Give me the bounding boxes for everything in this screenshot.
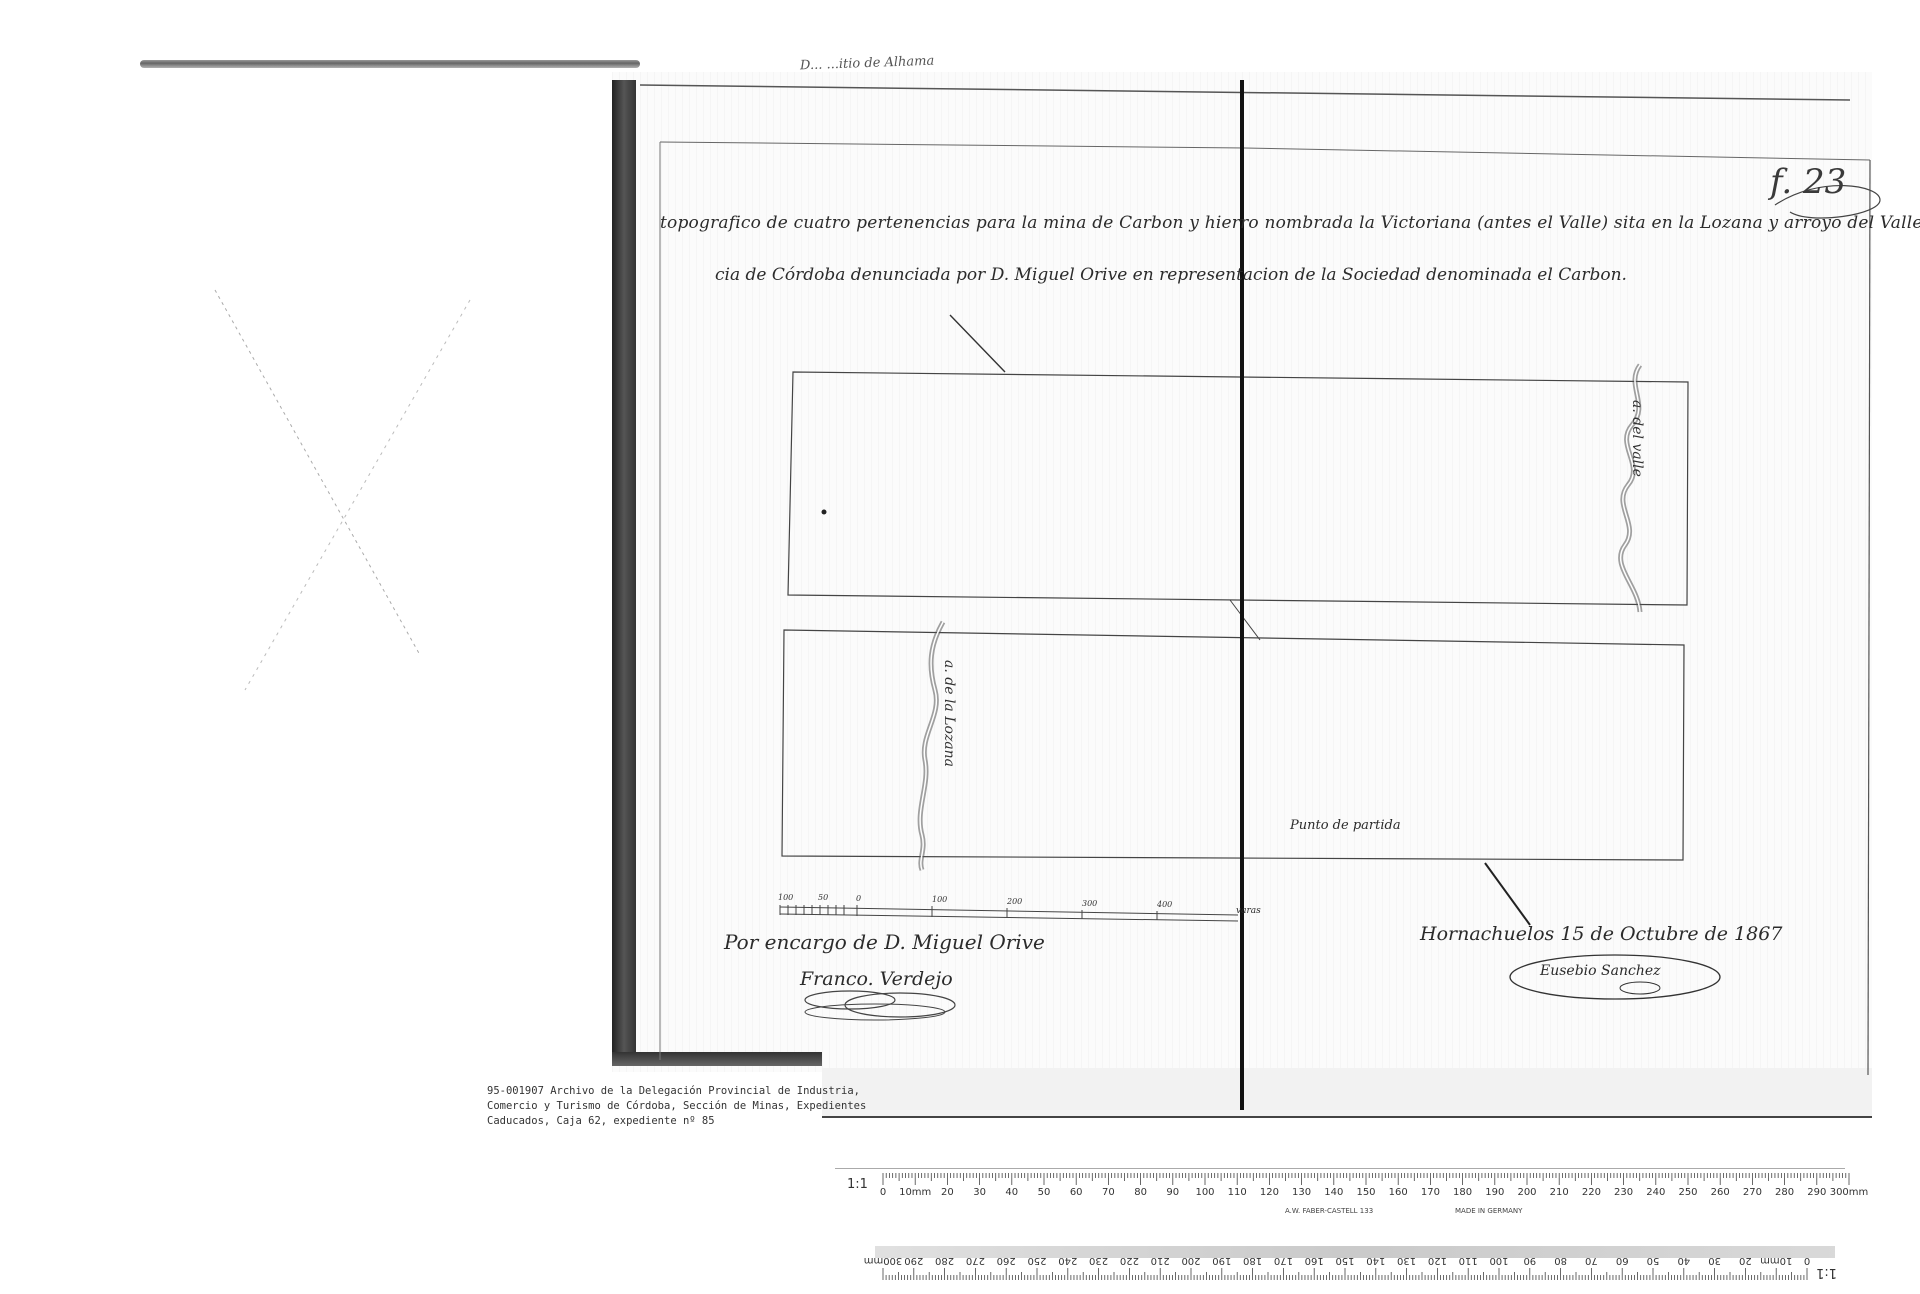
river-label-lozana: a. de la Lozana <box>941 660 957 767</box>
ruler-label: 0 <box>880 1187 886 1198</box>
ruler-label: 20 <box>941 1187 954 1198</box>
ruler-label: 170 <box>1421 1187 1440 1198</box>
ruler-label: 220 <box>1582 1187 1601 1198</box>
ruler-label: 140 <box>1366 1255 1385 1266</box>
ruler-label: 120 <box>1428 1255 1447 1266</box>
ruler-label: 120 <box>1260 1187 1279 1198</box>
signature-left-line-2: Franco. Verdejo <box>800 968 953 990</box>
ruler-label: 160 <box>1305 1255 1324 1266</box>
measurement-ruler-bottom: 1:1 010mm2030405060708090100110120130140… <box>875 1240 1835 1284</box>
archive-label-line-3: Caducados, Caja 62, expediente nº 85 <box>487 1114 817 1129</box>
ruler-label: 300mm <box>864 1255 903 1266</box>
plan-drawing <box>0 0 1920 1294</box>
folio-number: f. 23 <box>1770 162 1846 202</box>
archive-label-line-2: Comercio y Turismo de Córdoba, Sección d… <box>487 1099 817 1114</box>
ruler-label: 150 <box>1335 1255 1354 1266</box>
page-fold-line <box>1240 80 1244 1110</box>
ruler-label: 60 <box>1616 1255 1629 1266</box>
archive-label-line-1: 95-001907 Archivo de la Delegación Provi… <box>487 1084 817 1099</box>
plan-title-line-1: topografico de cuatro pertenencias para … <box>660 213 1920 233</box>
ruler-label: 10mm <box>1760 1255 1792 1266</box>
ruler-label: 130 <box>1397 1255 1416 1266</box>
scale-tick: 0 <box>856 894 861 903</box>
ruler-label: 50 <box>1647 1255 1660 1266</box>
river-label-valle: a. del valle <box>1629 400 1645 477</box>
place-and-date: Hornachuelos 15 de Octubre de 1867 <box>1420 923 1782 945</box>
ruler-label: 230 <box>1614 1187 1633 1198</box>
ruler-label: 80 <box>1134 1187 1147 1198</box>
ruler-label: 260 <box>1711 1187 1730 1198</box>
ruler-label: 0 <box>1804 1255 1810 1266</box>
ruler-label: 210 <box>1550 1187 1569 1198</box>
ruler-label: 300mm <box>1830 1187 1869 1198</box>
ruler-label: 290 <box>904 1255 923 1266</box>
scale-unit-caption: varas <box>1236 906 1261 916</box>
ruler-label: 240 <box>1646 1187 1665 1198</box>
scale-tick: 50 <box>818 893 828 902</box>
starting-point-label: Punto de partida <box>1290 818 1401 833</box>
ruler-label: 20 <box>1739 1255 1752 1266</box>
ruler-label: 30 <box>973 1187 986 1198</box>
ruler-label: 70 <box>1585 1255 1598 1266</box>
ruler-label: 190 <box>1212 1255 1231 1266</box>
ruler-label: 200 <box>1517 1187 1536 1198</box>
plan-title-line-2: cia de Córdoba denunciada por D. Miguel … <box>715 265 1627 285</box>
signature-left-line-1: Por encargo de D. Miguel Orive <box>724 930 1045 954</box>
ruler-label: 150 <box>1356 1187 1375 1198</box>
ruler-label: 280 <box>1775 1187 1794 1198</box>
scale-tick: 100 <box>932 895 947 904</box>
ruler-label: 100 <box>1195 1187 1214 1198</box>
ruler-brand: A.W. FABER-CASTELL 133 <box>1285 1207 1373 1215</box>
ruler-label: 160 <box>1389 1187 1408 1198</box>
ruler-label: 250 <box>1027 1255 1046 1266</box>
archive-reference-label: 95-001907 Archivo de la Delegación Provi… <box>487 1084 817 1129</box>
ruler-label: 110 <box>1228 1187 1247 1198</box>
ruler-label: 90 <box>1166 1187 1179 1198</box>
ruler-label: 170 <box>1274 1255 1293 1266</box>
ruler-label: 280 <box>935 1255 954 1266</box>
ruler-label: 100 <box>1489 1255 1508 1266</box>
ruler-label: 270 <box>1743 1187 1762 1198</box>
ruler-label: 10mm <box>899 1187 931 1198</box>
ruler-label: 240 <box>1058 1255 1077 1266</box>
signature-right: Eusebio Sanchez <box>1540 963 1661 979</box>
scale-tick: 300 <box>1082 899 1097 908</box>
ruler-label: 180 <box>1243 1255 1262 1266</box>
scale-tick: 200 <box>1007 897 1022 906</box>
ruler-label: 90 <box>1523 1255 1536 1266</box>
ruler-label: 80 <box>1554 1255 1567 1266</box>
ruler-label: 70 <box>1102 1187 1115 1198</box>
ruler-label: 40 <box>1005 1187 1018 1198</box>
ruler-label: 60 <box>1070 1187 1083 1198</box>
ruler-label: 260 <box>997 1255 1016 1266</box>
ruler-label: 190 <box>1485 1187 1504 1198</box>
ruler-label: 140 <box>1324 1187 1343 1198</box>
ruler-label: 30 <box>1708 1255 1721 1266</box>
ruler-label: 130 <box>1292 1187 1311 1198</box>
ruler-label: 290 <box>1807 1187 1826 1198</box>
ruler-label: 180 <box>1453 1187 1472 1198</box>
ruler-label: 210 <box>1151 1255 1170 1266</box>
ruler-label: 220 <box>1120 1255 1139 1266</box>
ruler-origin: MADE IN GERMANY <box>1455 1207 1522 1215</box>
scale-tick: 100 <box>778 893 793 902</box>
ruler-label: 40 <box>1677 1255 1690 1266</box>
ruler-label: 200 <box>1181 1255 1200 1266</box>
ruler-label: 250 <box>1678 1187 1697 1198</box>
scale-tick: 400 <box>1157 900 1172 909</box>
measurement-ruler-top: 1:1 010mm2030405060708090100110120130140… <box>835 1168 1845 1217</box>
ruler-label: 270 <box>966 1255 985 1266</box>
ruler-label: 110 <box>1459 1255 1478 1266</box>
ruler-ticks <box>875 1240 1835 1284</box>
ruler-label: 230 <box>1089 1255 1108 1266</box>
ruler-label: 50 <box>1038 1187 1051 1198</box>
